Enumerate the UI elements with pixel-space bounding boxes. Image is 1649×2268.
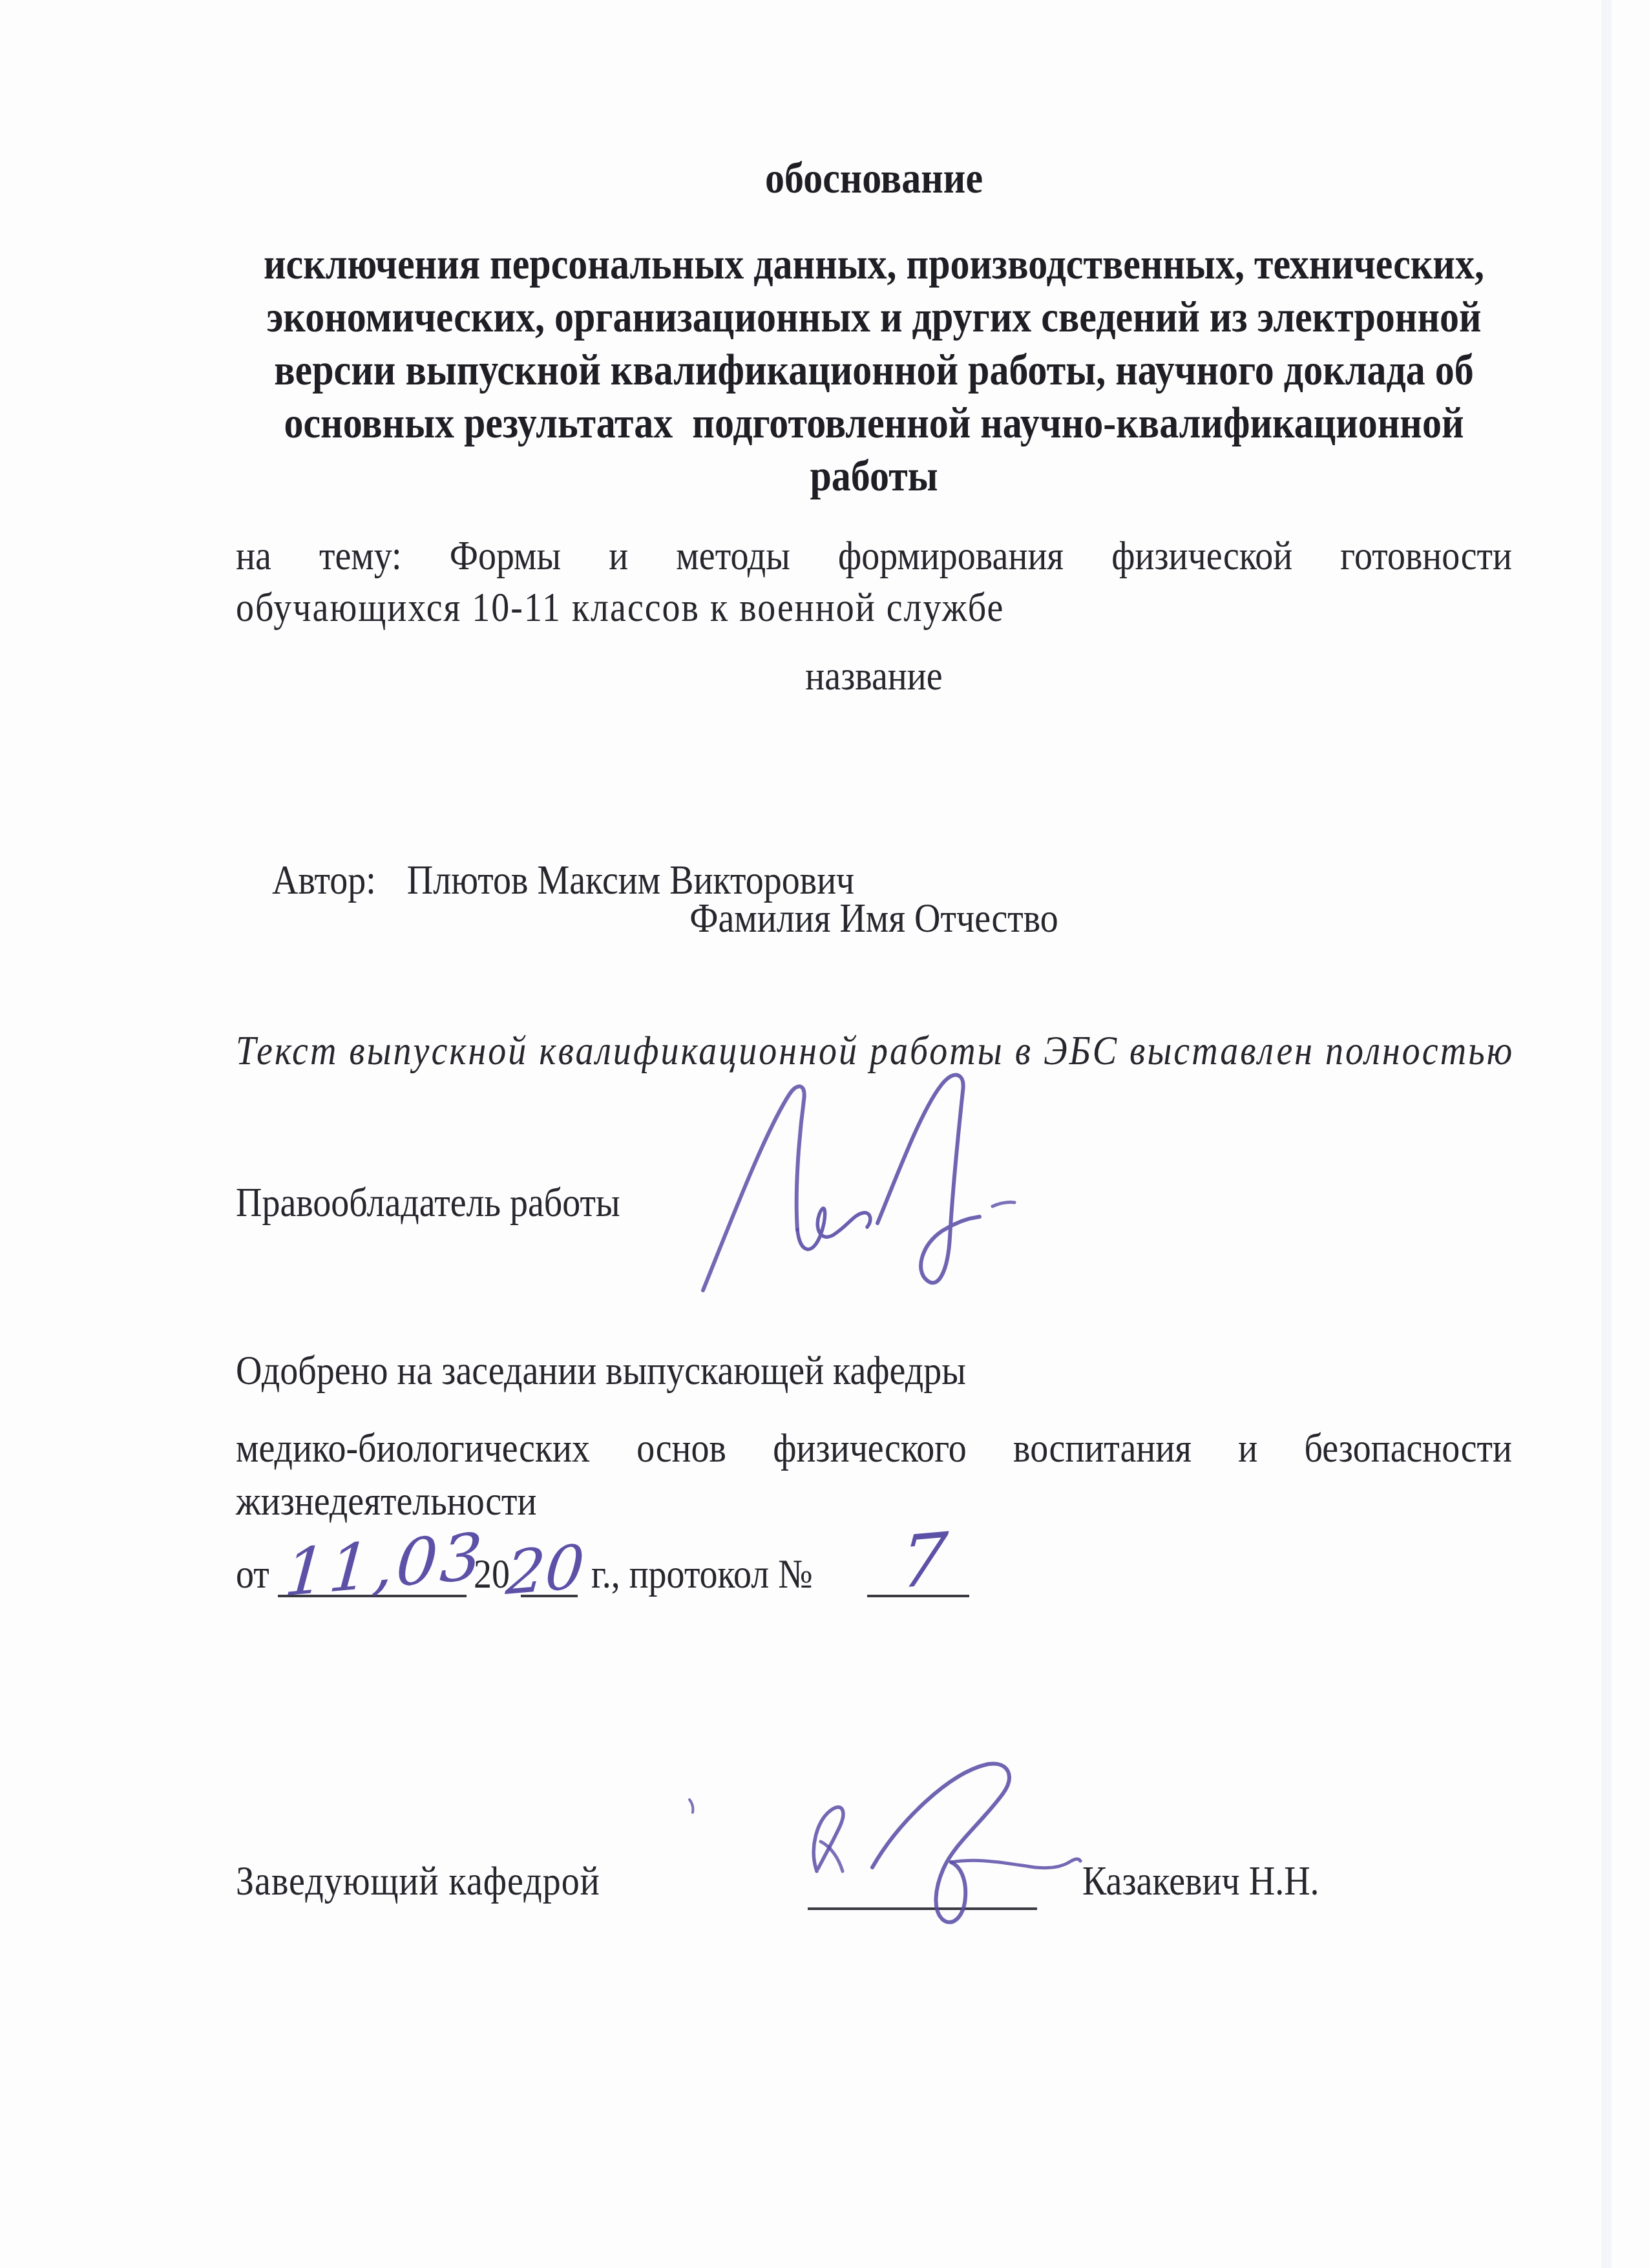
theme-line-2: обучающихся 10-11 классов к военной служ… (236, 582, 1512, 633)
department-line-2: жизнедеятельности (236, 1476, 1512, 1527)
department-line-1: медико-биологических основ физического в… (236, 1423, 1512, 1474)
handwritten-year: 20 (504, 1537, 586, 1604)
subtitle-line-3: версии выпускной квалификационной работы… (236, 341, 1512, 400)
protocol-prefix: от (236, 1549, 281, 1600)
document-subtitle: исключения персональных данных, производ… (236, 238, 1512, 503)
theme-line-1: на тему: Формы и методы формирования физ… (236, 530, 1512, 582)
subtitle-line-4: основных результатах подготовленной науч… (236, 394, 1512, 453)
head-of-department-label: Заведующий кафедрой (236, 1856, 688, 1907)
ink-speck (686, 1798, 699, 1817)
protocol-middle-text: г., протокол № (591, 1549, 869, 1600)
document-title: обоснование (236, 152, 1512, 203)
theme-caption: название (236, 651, 1512, 702)
scan-edge-artifact (1601, 0, 1612, 2268)
scanned-document-page: обоснование исключения персональных данн… (0, 0, 1649, 2268)
subtitle-line-5: работы (236, 446, 1512, 506)
subtitle-line-2: экономических, организационных и других … (236, 288, 1512, 347)
rights-holder-signature (685, 1063, 1021, 1308)
handwritten-date: 11,03 (282, 1524, 487, 1606)
approval-line: Одобрено на заседании выпускающей кафедр… (236, 1345, 1512, 1396)
subtitle-line-1: исключения персональных данных, производ… (236, 235, 1512, 294)
handwritten-protocol-number: 7 (898, 1523, 950, 1599)
head-of-department-signature (795, 1745, 1086, 1938)
author-caption: Фамилия Имя Отчество (236, 893, 1512, 944)
head-of-department-name: Казакевич Н.Н. (1082, 1856, 1470, 1907)
